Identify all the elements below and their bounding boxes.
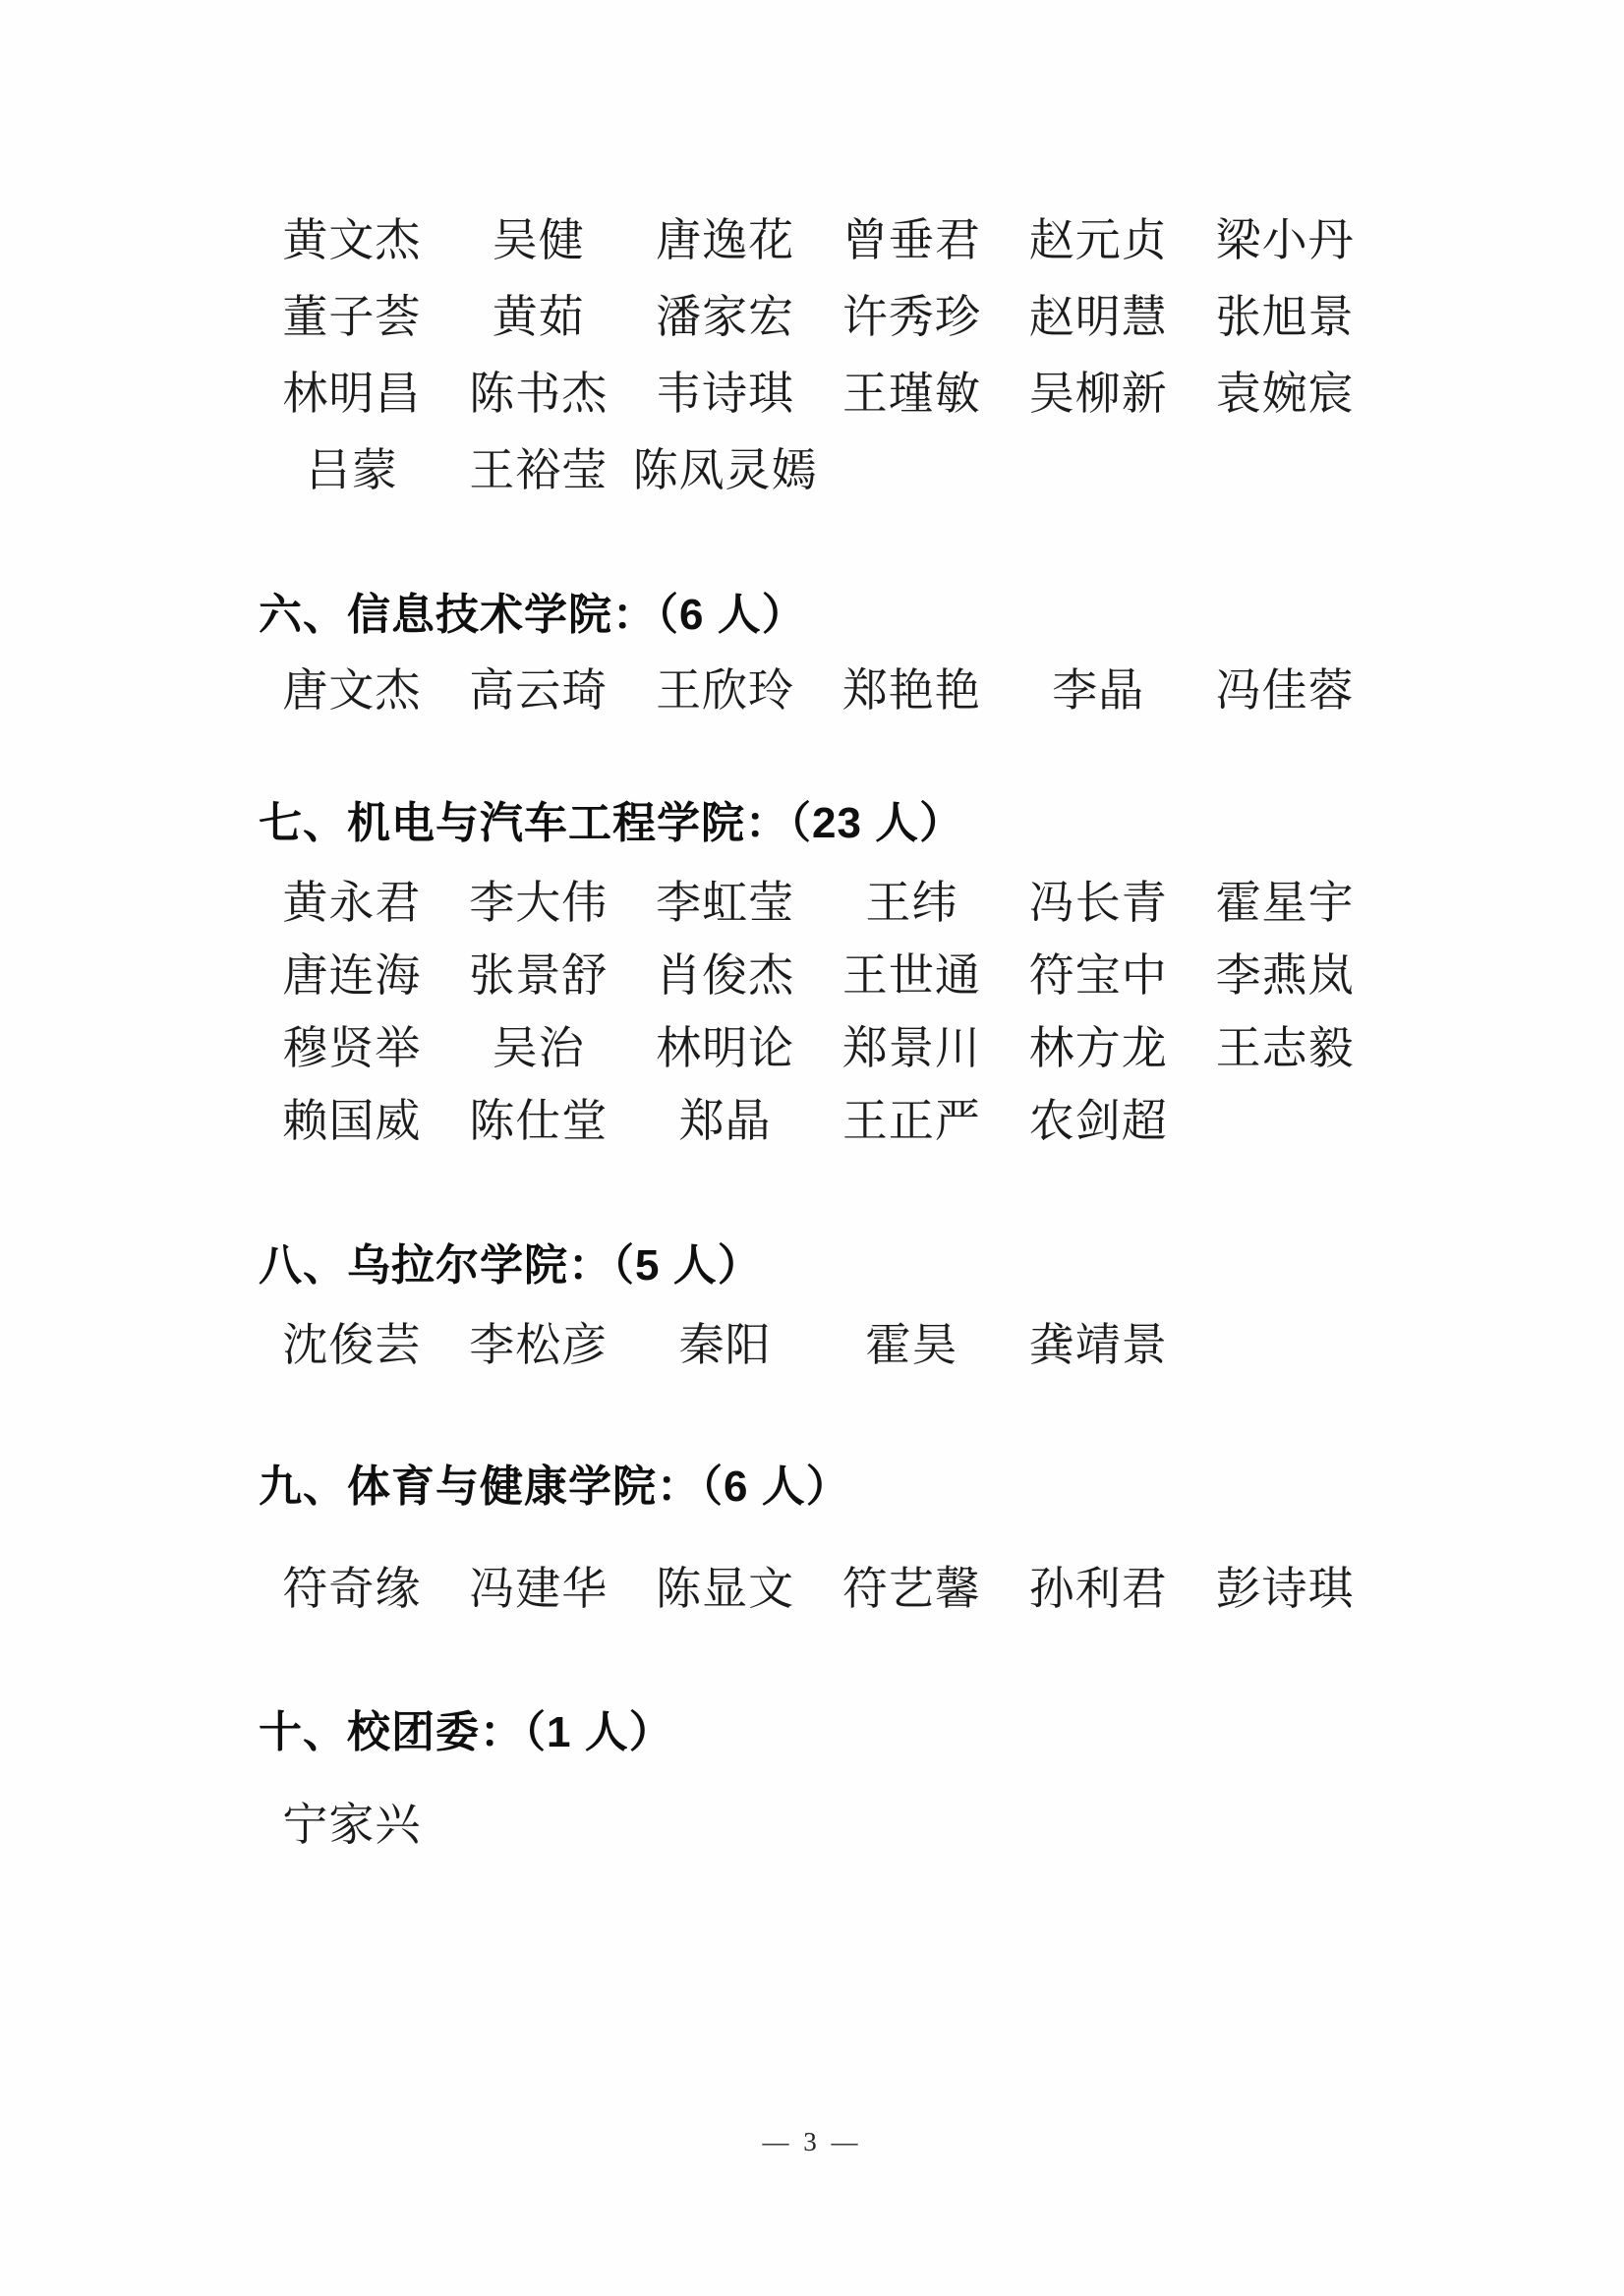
- person-name: 赵元贞: [1029, 204, 1168, 269]
- person-name: 郑艳艳: [842, 655, 981, 719]
- section-information-technology: 六、信息技术学院：（6 人） 唐文杰高云琦王欣玲郑艳艳李晶冯佳蓉: [259, 572, 1378, 725]
- name-row: 黄永君李大伟李虹莹王纬冯长青霍星宇: [259, 863, 1378, 936]
- person-name: 霍昊: [865, 1309, 957, 1374]
- person-name: 冯佳蓉: [1216, 655, 1355, 719]
- section-heading: 六、信息技术学院：（6 人）: [259, 572, 1378, 649]
- person-name: 王瑾敏: [842, 358, 981, 423]
- document-page: 黄文杰吴健唐逸花曾垂君赵元贞梁小丹董子荟黄茹潘家宏许秀珍赵明慧张旭景林明昌陈书杰…: [0, 0, 1624, 2296]
- section-heading: 九、体育与健康学院：（6 人）: [259, 1444, 1378, 1521]
- name-row: 赖国威陈仕堂郑晶王正严农剑超: [259, 1081, 1378, 1154]
- person-name: 唐逸花: [656, 204, 794, 269]
- section-ural-college: 八、乌拉尔学院：（5 人） 沈俊芸李松彦秦阳霍昊龚靖景: [259, 1223, 1378, 1378]
- person-name: 王裕莹: [469, 434, 608, 499]
- person-name: 吴柳新: [1029, 358, 1168, 423]
- person-name: 符艺馨: [842, 1553, 981, 1618]
- person-name: 王正严: [842, 1085, 981, 1150]
- section-youth-league-committee: 十、校团委：（1 人） 宁家兴: [259, 1690, 1378, 1858]
- name-row: 唐连海张景舒肖俊杰王世通符宝中李燕岚: [259, 936, 1378, 1008]
- person-name: 林明昌: [282, 358, 421, 423]
- person-name: 秦阳: [679, 1309, 772, 1374]
- section-name-block: 黄永君李大伟李虹莹王纬冯长青霍星宇唐连海张景舒肖俊杰王世通符宝中李燕岚穆贤举吴治…: [259, 863, 1378, 1154]
- person-name: 彭诗琪: [1216, 1553, 1355, 1618]
- person-name: 许秀珍: [842, 281, 981, 346]
- person-name: 赖国威: [282, 1085, 421, 1150]
- person-name: 赵明慧: [1029, 281, 1168, 346]
- person-name: 陈显文: [656, 1553, 794, 1618]
- person-name: 沈俊芸: [282, 1309, 421, 1374]
- person-name: 黄永君: [282, 867, 421, 932]
- person-name: 吴健: [493, 204, 585, 269]
- person-name: 潘家宏: [656, 281, 794, 346]
- name-row: 宁家兴: [259, 1785, 1378, 1858]
- section-sports-health: 九、体育与健康学院：（6 人） 符奇缘冯建华陈显文符艺馨孙利君彭诗琪: [259, 1444, 1378, 1622]
- person-name: 唐连海: [282, 940, 421, 1004]
- person-name: 王志毅: [1216, 1012, 1355, 1077]
- person-name: 黄茹: [493, 281, 585, 346]
- person-name: 陈凤灵嫣: [633, 434, 818, 499]
- person-name: 董子荟: [282, 281, 421, 346]
- person-name: 高云琦: [469, 655, 608, 719]
- section-name-block: 宁家兴: [259, 1785, 1378, 1858]
- person-name: 王世通: [842, 940, 981, 1004]
- page-footer: — 3 —: [0, 2127, 1624, 2157]
- person-name: 林方龙: [1029, 1012, 1168, 1077]
- section-name-block: 符奇缘冯建华陈显文符艺馨孙利君彭诗琪: [259, 1549, 1378, 1622]
- person-name: 李松彦: [469, 1309, 608, 1374]
- person-name: 孙利君: [1029, 1553, 1168, 1618]
- person-name: 韦诗琪: [656, 358, 794, 423]
- person-name: 李虹莹: [656, 867, 794, 932]
- person-name: 肖俊杰: [656, 940, 794, 1004]
- person-name: 袁婉宸: [1216, 358, 1355, 423]
- person-name: 唐文杰: [282, 655, 421, 719]
- section-name-block: 沈俊芸李松彦秦阳霍昊龚靖景: [259, 1305, 1378, 1378]
- person-name: 陈书杰: [469, 358, 608, 423]
- person-name: 张景舒: [469, 940, 608, 1004]
- person-name: 郑晶: [679, 1085, 772, 1150]
- person-name: 李燕岚: [1216, 940, 1355, 1004]
- person-name: 冯建华: [469, 1553, 608, 1618]
- person-name: 符奇缘: [282, 1553, 421, 1618]
- person-name: 陈仕堂: [469, 1085, 608, 1150]
- section-heading: 十、校团委：（1 人）: [259, 1690, 1378, 1766]
- person-name: 张旭景: [1216, 281, 1355, 346]
- document-content: 黄文杰吴健唐逸花曾垂君赵元贞梁小丹董子荟黄茹潘家宏许秀珍赵明慧张旭景林明昌陈书杰…: [0, 0, 1624, 1858]
- section-heading: 七、机电与汽车工程学院：（23 人）: [259, 780, 1378, 857]
- person-name: 穆贤举: [282, 1012, 421, 1077]
- name-row: 穆贤举吴治林明论郑景川林方龙王志毅: [259, 1008, 1378, 1081]
- person-name: 曾垂君: [842, 204, 981, 269]
- name-row: 唐文杰高云琦王欣玲郑艳艳李晶冯佳蓉: [259, 649, 1378, 725]
- name-row: 黄文杰吴健唐逸花曾垂君赵元贞梁小丹: [259, 199, 1378, 275]
- person-name: 梁小丹: [1216, 204, 1355, 269]
- person-name: 李大伟: [469, 867, 608, 932]
- person-name: 宁家兴: [282, 1789, 421, 1854]
- person-name: 吴治: [493, 1012, 585, 1077]
- page-number: — 3 —: [763, 2127, 862, 2156]
- section-heading: 八、乌拉尔学院：（5 人）: [259, 1223, 1378, 1299]
- person-name: 王纬: [865, 867, 957, 932]
- person-name: 黄文杰: [282, 204, 421, 269]
- person-name: 林明论: [656, 1012, 794, 1077]
- name-row: 吕蒙王裕莹陈凤灵嫣: [259, 429, 1378, 505]
- section-name-block: 唐文杰高云琦王欣玲郑艳艳李晶冯佳蓉: [259, 649, 1378, 725]
- name-row: 董子荟黄茹潘家宏许秀珍赵明慧张旭景: [259, 275, 1378, 352]
- section-mechatronics-automotive: 七、机电与汽车工程学院：（23 人） 黄永君李大伟李虹莹王纬冯长青霍星宇唐连海张…: [259, 780, 1378, 1154]
- person-name: 龚靖景: [1029, 1309, 1168, 1374]
- person-name: 霍星宇: [1216, 867, 1355, 932]
- person-name: 郑景川: [842, 1012, 981, 1077]
- person-name: 王欣玲: [656, 655, 794, 719]
- person-name: 吕蒙: [306, 434, 398, 499]
- person-name: 符宝中: [1029, 940, 1168, 1004]
- name-row: 林明昌陈书杰韦诗琪王瑾敏吴柳新袁婉宸: [259, 352, 1378, 429]
- person-name: 李晶: [1052, 655, 1144, 719]
- names-continuation-block: 黄文杰吴健唐逸花曾垂君赵元贞梁小丹董子荟黄茹潘家宏许秀珍赵明慧张旭景林明昌陈书杰…: [259, 199, 1378, 505]
- name-row: 符奇缘冯建华陈显文符艺馨孙利君彭诗琪: [259, 1549, 1378, 1622]
- person-name: 农剑超: [1029, 1085, 1168, 1150]
- name-row: 沈俊芸李松彦秦阳霍昊龚靖景: [259, 1305, 1378, 1378]
- person-name: 冯长青: [1029, 867, 1168, 932]
